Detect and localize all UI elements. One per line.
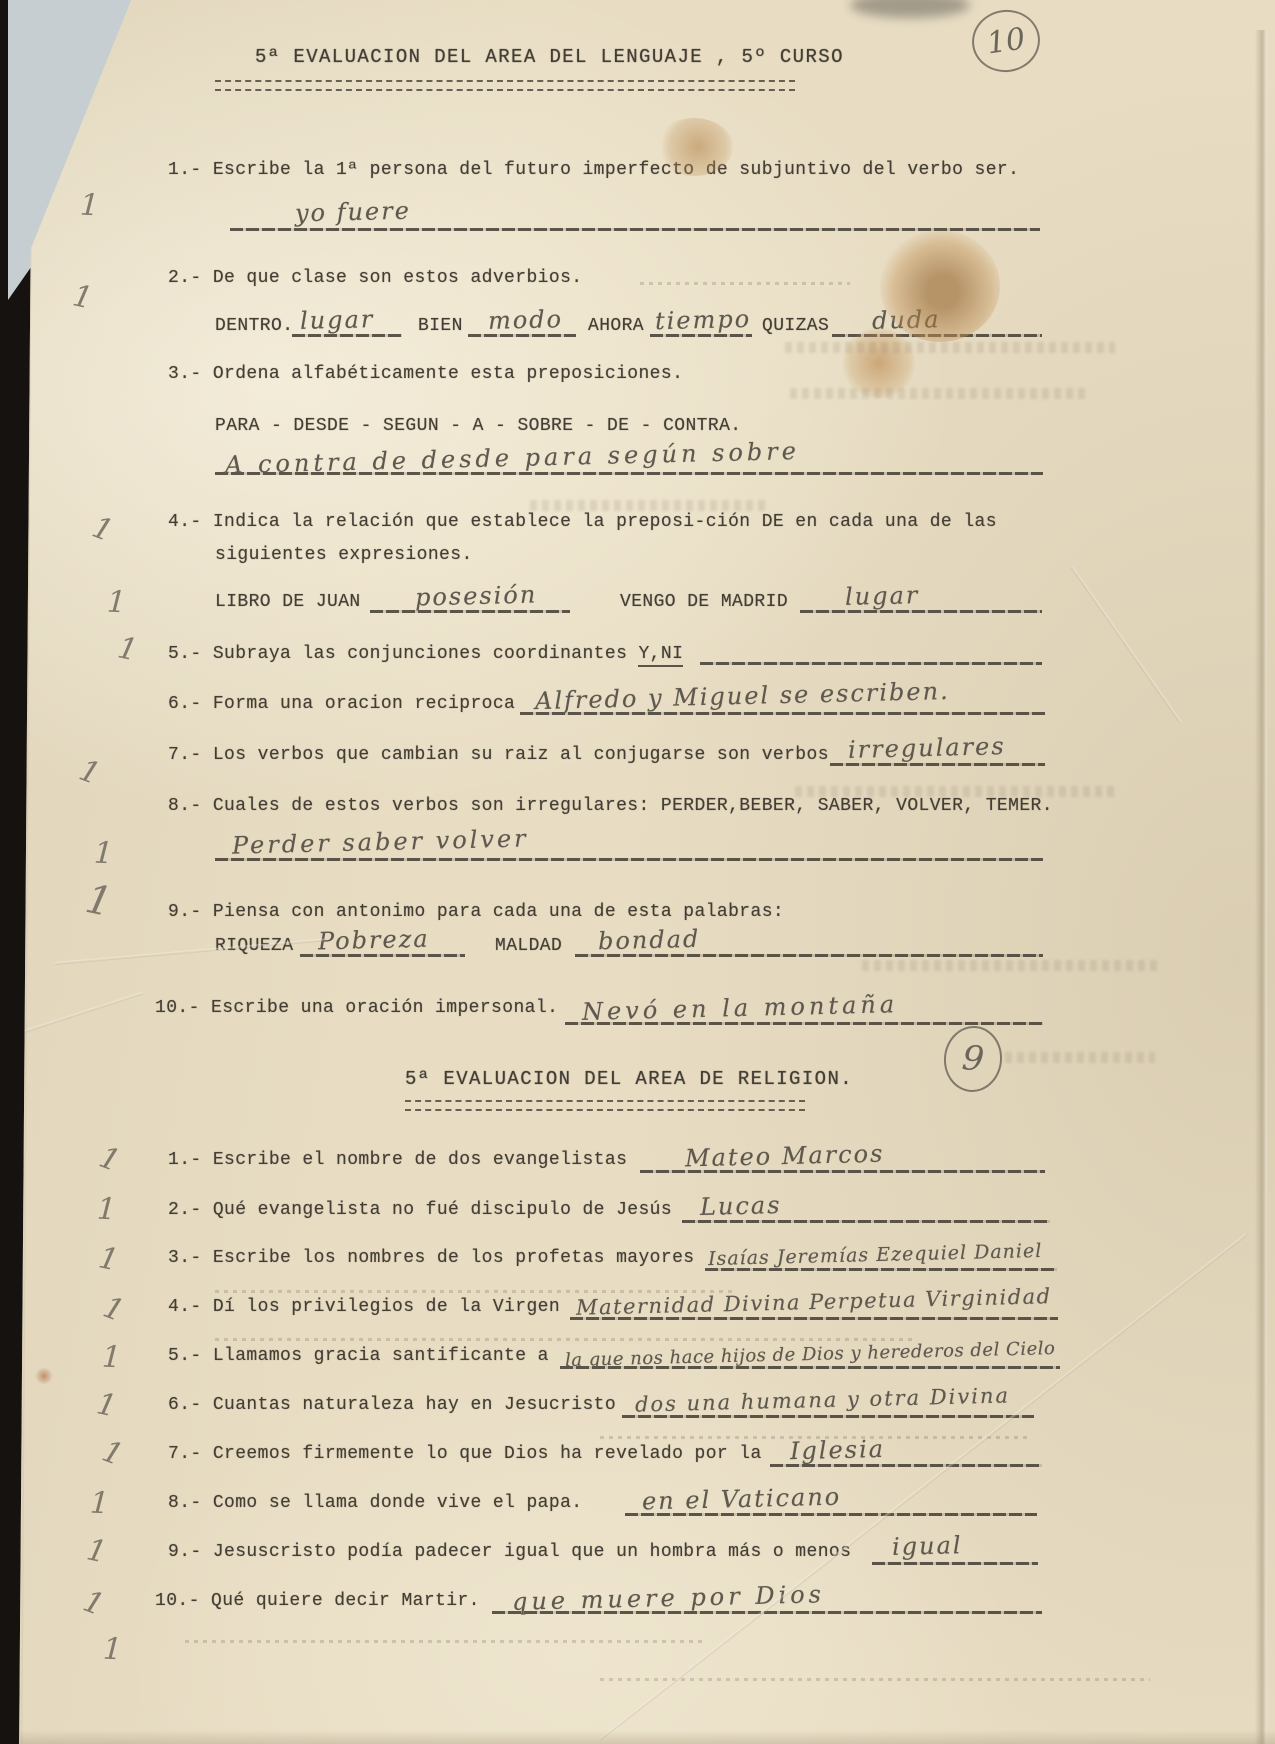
question-number: 6.- bbox=[168, 1395, 202, 1415]
paper-stain bbox=[34, 1368, 54, 1384]
question: 9.- Piensa con antonimo para cada una de… bbox=[168, 902, 784, 922]
paper-stain bbox=[655, 118, 733, 176]
answer-line bbox=[800, 610, 1042, 613]
title-underline bbox=[405, 1100, 805, 1111]
faint-dots bbox=[215, 1338, 915, 1341]
handwritten-answer: posesión bbox=[415, 581, 538, 612]
question: 1.- Escribe la 1ª persona del futuro imp… bbox=[168, 160, 1019, 180]
question-number: 5.- bbox=[168, 644, 202, 664]
question: 10.- Escribe una oración impersonal. bbox=[155, 998, 558, 1018]
faint-dots bbox=[640, 282, 850, 285]
inline-label: BIEN bbox=[418, 316, 463, 336]
handwritten-answer: yo fuere bbox=[295, 197, 412, 228]
margin-tick-mark: 1 bbox=[94, 1140, 124, 1180]
fold-crease bbox=[1071, 567, 1182, 724]
handwritten-answer: lugar bbox=[845, 581, 920, 611]
handwritten-answer: igual bbox=[892, 1531, 963, 1561]
exam-paper: 5ª EVALUACION DEL AREA DEL LENGUAJE , 5º… bbox=[0, 0, 1275, 1744]
handwritten-answer: irregulares bbox=[848, 732, 1006, 764]
question-text: Dí los privilegios de la Virgen bbox=[213, 1297, 560, 1317]
answer-line bbox=[215, 858, 1043, 861]
question-number: 3.- bbox=[168, 364, 202, 384]
handwritten-answer: bondad bbox=[598, 925, 701, 955]
question-text: Los verbos que cambian su raiz al conjug… bbox=[213, 745, 829, 765]
question-text-line2: siguientes expresiones. bbox=[215, 545, 473, 565]
question-number: 5.- bbox=[168, 1346, 202, 1366]
preposition-list: PARA - DESDE - SEGUN - A - SOBRE - DE - … bbox=[215, 416, 741, 436]
handwritten-answer: Pobreza bbox=[318, 925, 430, 956]
page-score-circle: 9 bbox=[941, 1023, 1006, 1095]
question: 4.- Dí los privilegios de la Virgen bbox=[168, 1297, 560, 1317]
question: 7.- Los verbos que cambian su raiz al co… bbox=[168, 745, 829, 765]
faint-dots bbox=[600, 1678, 1150, 1681]
question-text: Llamamos gracia santificante a bbox=[213, 1346, 549, 1366]
question-number: 4.- bbox=[168, 1297, 202, 1317]
handwritten-answer: en el Vaticano bbox=[642, 1483, 842, 1516]
answer-line bbox=[872, 1562, 1038, 1565]
section1-title: 5ª EVALUACION DEL AREA DEL LENGUAJE , 5º… bbox=[255, 46, 844, 68]
bleedthrough-text bbox=[795, 786, 1115, 797]
question: 3.- Escribe los nombres de los profetas … bbox=[168, 1248, 695, 1268]
question-text: De que clase son estos adverbios. bbox=[213, 268, 583, 288]
answer-line bbox=[682, 1220, 1050, 1223]
torn-paper-edge bbox=[13, 248, 31, 1744]
fold-crease bbox=[0, 992, 143, 1041]
page-bottom-edge bbox=[20, 1730, 1275, 1744]
question: 5.- Llamamos gracia santificante a bbox=[168, 1346, 549, 1366]
question-number: 8.- bbox=[168, 796, 202, 816]
question-text: Ordena alfabéticamente esta preposicione… bbox=[213, 364, 683, 384]
question-number: 3.- bbox=[168, 1248, 202, 1268]
question-text: Escribe los nombres de los profetas mayo… bbox=[213, 1248, 695, 1268]
question-number: 1.- bbox=[168, 1150, 202, 1170]
paper-stain bbox=[880, 230, 1000, 342]
bleedthrough-text bbox=[530, 500, 770, 511]
question-number: 6.- bbox=[168, 694, 202, 714]
page-fold-edge bbox=[1255, 30, 1267, 1744]
margin-tick-mark: 1 bbox=[84, 1532, 110, 1570]
margin-tick-mark: 1 bbox=[94, 1386, 120, 1424]
question: 4.- Indica la relación que establece la … bbox=[168, 512, 997, 532]
bleedthrough-text bbox=[785, 342, 1115, 353]
title-underline bbox=[215, 80, 795, 91]
margin-tick-mark: 1 bbox=[98, 1290, 128, 1330]
question-number: 7.- bbox=[168, 745, 202, 765]
margin-tick-mark: 1 bbox=[70, 278, 96, 316]
inline-label: AHORA bbox=[588, 316, 644, 336]
bleedthrough-text bbox=[790, 388, 1090, 399]
question: 5.- Subraya las conjunciones coordinante… bbox=[168, 644, 683, 664]
bleedthrough-text bbox=[862, 960, 1162, 971]
question-text: Forma una oracion reciproca bbox=[213, 694, 515, 714]
question-text: Indica la relación que establece la prep… bbox=[213, 512, 997, 532]
margin-tick-mark: 1 bbox=[101, 1340, 122, 1376]
handwritten-answer: Lucas bbox=[700, 1191, 782, 1221]
answer-line bbox=[700, 662, 1042, 665]
question-number: 1.- bbox=[168, 160, 202, 180]
margin-tick-mark: 1 bbox=[96, 1240, 122, 1278]
question: 2.- De que clase son estos adverbios. bbox=[168, 268, 582, 288]
section2-title: 5ª EVALUACION DEL AREA DE RELIGION. bbox=[405, 1068, 853, 1090]
page-score-value: 9 bbox=[960, 1038, 986, 1080]
question-number: 10.- bbox=[155, 1591, 200, 1611]
page-score-circle: 10 bbox=[968, 6, 1044, 77]
question: 1.- Escribe el nombre de dos evangelista… bbox=[168, 1150, 627, 1170]
question-number: 2.- bbox=[168, 1200, 202, 1220]
handwritten-answer: lugar bbox=[300, 305, 375, 335]
question-text: Escribe una oración impersonal. bbox=[211, 998, 558, 1018]
question: 6.- Cuantas naturaleza hay en Jesucristo bbox=[168, 1395, 616, 1415]
underlined-conjunctions: Y,NI bbox=[638, 644, 683, 667]
answer-line bbox=[370, 610, 570, 613]
margin-tick-mark: 1 bbox=[79, 188, 100, 224]
question-text: Subraya las conjunciones coordinantes bbox=[213, 644, 627, 664]
question-text: Cuantas naturaleza hay en Jesucristo bbox=[213, 1395, 616, 1415]
question-text: Jesuscristo podía padecer igual que un h… bbox=[213, 1542, 852, 1562]
question-number: 9.- bbox=[168, 1542, 202, 1562]
answer-line bbox=[230, 228, 1040, 231]
margin-tick-mark: 1 bbox=[115, 630, 141, 668]
answer-line bbox=[575, 954, 1043, 957]
question-number: 10.- bbox=[155, 998, 200, 1018]
margin-tick-mark: 1 bbox=[81, 876, 115, 926]
question-text: Qué quiere decir Martir. bbox=[211, 1591, 480, 1611]
handwritten-answer: Alfredo y Miguel se escriben. bbox=[535, 677, 950, 715]
bleedthrough-text bbox=[1005, 1052, 1155, 1063]
margin-tick-mark: 1 bbox=[106, 585, 127, 621]
margin-tick-mark: 1 bbox=[78, 1584, 108, 1624]
handwritten-answer: dos una humana y otra Divina bbox=[635, 1383, 1011, 1416]
question: 8.- Como se llama donde vive el papa. bbox=[168, 1493, 582, 1513]
question-text: Como se llama donde vive el papa. bbox=[213, 1493, 583, 1513]
handwritten-answer: Nevó en la montaña bbox=[582, 990, 899, 1026]
inline-label: MALDAD bbox=[495, 936, 562, 956]
question-text: Qué evangelista no fué discipulo de Jesú… bbox=[213, 1200, 672, 1220]
handwritten-answer: Perder saber volver bbox=[232, 824, 529, 859]
question-text: Piensa con antonimo para cada una de est… bbox=[213, 902, 784, 922]
question: 2.- Qué evangelista no fué discipulo de … bbox=[168, 1200, 672, 1220]
handwritten-answer: Mateo Marcos bbox=[685, 1140, 885, 1173]
question: 7.- Creemos firmemente lo que Dios ha re… bbox=[168, 1444, 762, 1464]
margin-tick-mark: 1 bbox=[74, 753, 104, 793]
question-number: 2.- bbox=[168, 268, 202, 288]
handwritten-answer: Iglesia bbox=[790, 1435, 886, 1465]
question-text: Escribe la 1ª persona del futuro imperfe… bbox=[213, 160, 1020, 180]
faint-dots bbox=[215, 1290, 735, 1293]
question: 6.- Forma una oracion reciproca bbox=[168, 694, 515, 714]
margin-tick-mark: 1 bbox=[89, 1486, 110, 1522]
question-text: Cuales de estos verbos son irregulares: … bbox=[213, 796, 1053, 816]
question-number: 7.- bbox=[168, 1444, 202, 1464]
inline-label: VENGO DE MADRID bbox=[620, 592, 788, 612]
handwritten-answer: tiempo bbox=[655, 305, 752, 335]
faint-dots bbox=[185, 1640, 705, 1643]
question-number: 4.- bbox=[168, 512, 202, 532]
handwritten-answer: modo bbox=[488, 305, 564, 335]
inline-label: QUIZAS bbox=[762, 316, 829, 336]
inline-label: DENTRO. bbox=[215, 316, 293, 336]
question: 10.- Qué quiere decir Martir. bbox=[155, 1591, 480, 1611]
scan-smudge bbox=[850, 0, 970, 18]
question: 3.- Ordena alfabéticamente esta preposic… bbox=[168, 364, 683, 384]
page-score-value: 10 bbox=[985, 21, 1028, 61]
handwritten-answer: Isaías Jeremías Ezequiel Daniel bbox=[708, 1240, 1043, 1270]
question: 9.- Jesuscristo podía padecer igual que … bbox=[168, 1542, 851, 1562]
question-number: 8.- bbox=[168, 1493, 202, 1513]
question-number: 9.- bbox=[168, 902, 202, 922]
margin-tick-mark: 1 bbox=[97, 1434, 127, 1474]
margin-tick-mark: 1 bbox=[96, 1192, 117, 1228]
margin-tick-mark: 1 bbox=[87, 510, 117, 550]
margin-tick-mark: 1 bbox=[93, 836, 114, 872]
question-text: Creemos firmemente lo que Dios ha revela… bbox=[213, 1444, 762, 1464]
answer-line bbox=[622, 1415, 1034, 1418]
scanned-exam-page: 5ª EVALUACION DEL AREA DEL LENGUAJE , 5º… bbox=[0, 0, 1275, 1744]
margin-tick-mark: 1 bbox=[102, 1632, 123, 1668]
question: 8.- Cuales de estos verbos son irregular… bbox=[168, 796, 1053, 816]
inline-label: LIBRO DE JUAN bbox=[215, 592, 361, 612]
question-text: Escribe el nombre de dos evangelistas bbox=[213, 1150, 627, 1170]
answer-line bbox=[468, 334, 576, 337]
